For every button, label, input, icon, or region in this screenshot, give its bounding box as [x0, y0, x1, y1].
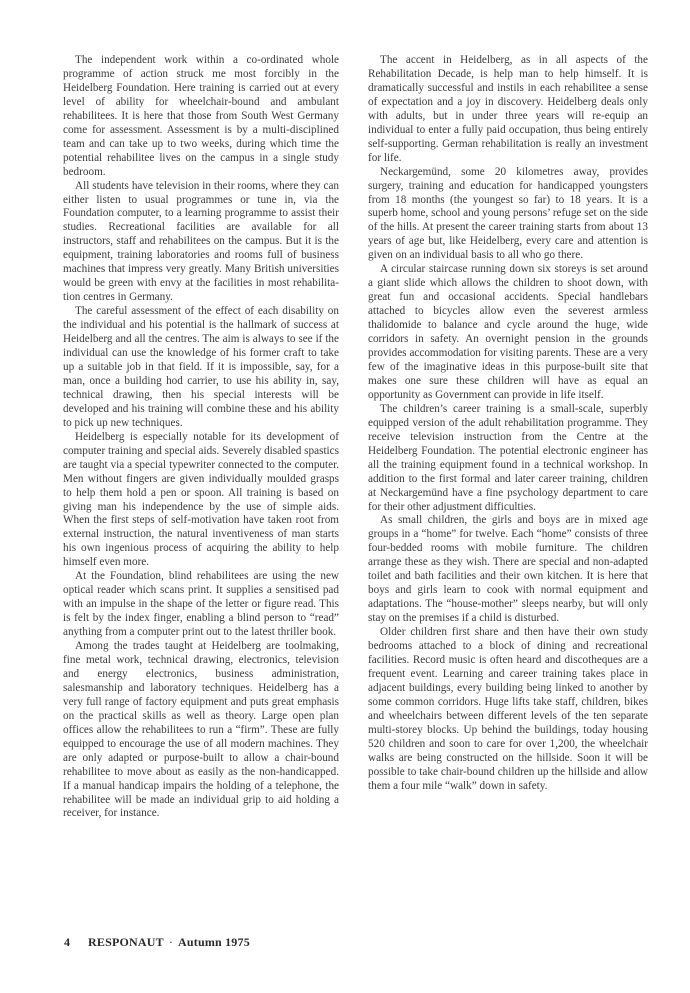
paragraph: Neckargemünd, some 20 kilometres away, p…	[368, 166, 648, 264]
paragraph: The independent work within a co-ordinat…	[63, 54, 339, 180]
paragraph: As small children, the girls and boys ar…	[368, 514, 648, 626]
paragraph: All students have television in their ro…	[63, 180, 339, 306]
issue-date: Autumn 1975	[178, 935, 250, 949]
right-column: The accent in Heidelberg, as in all aspe…	[368, 54, 648, 794]
paragraph: The children’s career training is a smal…	[368, 403, 648, 515]
paragraph: At the Foundation, blind rehabilitees ar…	[63, 570, 339, 640]
publication-name: RESPONAUT	[88, 935, 164, 949]
paragraph: A circular staircase running down six st…	[368, 263, 648, 403]
paragraph: Heidelberg is especially notable for its…	[63, 431, 339, 571]
separator: ·	[169, 935, 173, 949]
paragraph: The careful assessment of the effect of …	[63, 305, 339, 431]
page-number: 4	[64, 935, 88, 950]
page-footer: 4RESPONAUT·Autumn 1975	[64, 935, 250, 950]
paragraph: Among the trades taught at Heidelberg ar…	[63, 640, 339, 821]
paragraph: Older children first share and then have…	[368, 626, 648, 793]
left-column: The independent work within a co-ordinat…	[63, 54, 339, 821]
paragraph: The accent in Heidelberg, as in all aspe…	[368, 54, 648, 166]
